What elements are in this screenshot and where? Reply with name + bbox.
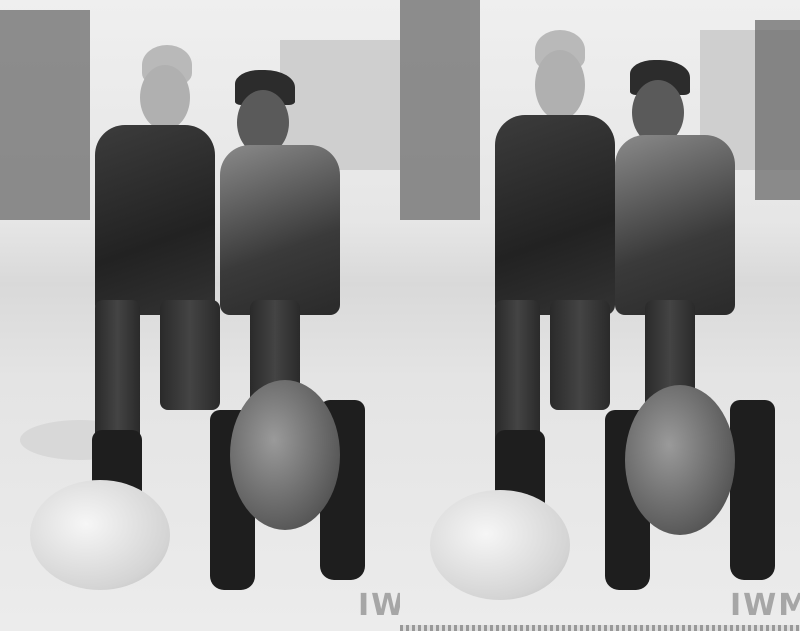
background-figure	[755, 20, 800, 200]
airman-1-head	[535, 50, 585, 120]
airman-1-leg	[495, 300, 540, 450]
background-vehicle	[0, 10, 90, 220]
airman-1-leg	[550, 300, 610, 410]
bottom-edge-pattern	[400, 625, 800, 631]
airman-1-jacket	[95, 125, 215, 315]
sack	[30, 480, 170, 590]
bag	[230, 380, 340, 530]
stereo-photograph: IWM IWM	[0, 0, 800, 631]
airman-1-leg	[160, 300, 220, 410]
airman-1-jacket	[495, 115, 615, 315]
airman-1-leg	[95, 300, 140, 450]
left-view-panel: IWM	[0, 0, 400, 631]
bag	[625, 385, 735, 535]
watermark: IWM	[730, 588, 800, 623]
airman-2-boot	[730, 400, 775, 580]
airman-2-jacket	[615, 135, 735, 315]
airman-2-jacket	[220, 145, 340, 315]
watermark: IWM	[358, 588, 400, 623]
sack	[430, 490, 570, 600]
airman-1-head	[140, 65, 190, 130]
right-view-panel: IWM	[400, 0, 800, 631]
background-vehicle	[400, 0, 480, 220]
